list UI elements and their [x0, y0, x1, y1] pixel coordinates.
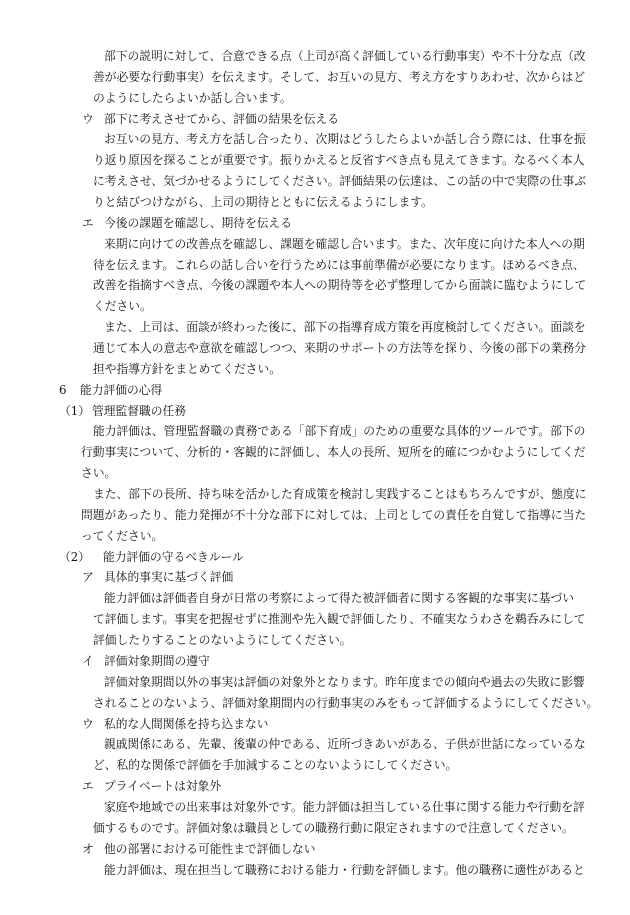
text-line: 担や指導方針をまとめてください。	[0, 359, 630, 380]
text-line: 待を伝えます。これらの話し合いを行うためには事前準備が必要になります。ほめるべき…	[0, 255, 630, 276]
paragraph-prev-item-tail: 部下の説明に対して、合意できる点（上司が高く評価している行動事実）や不十分な点（…	[0, 46, 630, 109]
rule-item-u: ウ 私的な人間関係を持ち込まない 親戚関係にある、先輩、後輩の仲である、近所づき…	[0, 714, 630, 777]
item-heading-text: 他の部署における可能性まで評価しない	[104, 839, 316, 860]
item-heading: イ 評価対象期間の遵守	[0, 651, 630, 672]
text-line: ってください。	[0, 526, 630, 547]
text-line: お互いの見方、考え方を話し合ったり、次期はどうしたらよいか話し合う際には、仕事を…	[0, 129, 630, 150]
text-line: また、部下の長所、持ち味を活かした育成策を検討し実践することはもちろんですが、態…	[0, 484, 630, 505]
subsection-label: （2）	[59, 547, 90, 568]
item-heading: ア 具体的事実に基づく評価	[0, 567, 630, 588]
item-label: ウ	[82, 714, 94, 735]
text-line: のようにしたらよいか話し合います。	[0, 88, 630, 109]
text-line: ください。	[0, 296, 630, 317]
item-heading: ウ 私的な人間関係を持ち込まない	[0, 714, 630, 735]
text-line: 家庭や地域での出来事は対象外です。能力評価は担当している仕事に関する能力や行動を…	[0, 797, 630, 818]
item-label: オ	[82, 839, 94, 860]
item-heading-text: 具体的事実に基づく評価	[104, 567, 233, 588]
subsection-title: 能力評価の守るべきルール	[103, 547, 244, 568]
rule-item-o: オ 他の部署における可能性まで評価しない 能力評価は、現在担当して職務における能…	[0, 839, 630, 881]
item-heading-text: プライベートは対象外	[104, 776, 221, 797]
subsection-2: （2） 能力評価の守るべきルール ア 具体的事実に基づく評価 能力評価は評価者自…	[0, 547, 630, 881]
text-line: 評価したりすることのないようにしてください。	[0, 630, 630, 651]
text-line: 通じて本人の意志や意欲を確認しつつ、来期のサポートの方法等を探り、今後の部下の業…	[0, 338, 630, 359]
text-line: て評価します。事実を把握せずに推測や先入観で評価したり、不確実なうわさを鵜呑みに…	[0, 609, 630, 630]
subsection-heading: （1） 管理監督職の任務	[0, 401, 630, 422]
text-line: されることのないよう、評価対象期間内の行動事実のみをもって評価するようにしてくだ…	[0, 693, 630, 714]
text-line: りと結びつけながら、上司の期待とともに伝えるようにします。	[0, 192, 630, 213]
section-title: 能力評価の心得	[80, 380, 162, 401]
text-line: さい。	[0, 463, 630, 484]
text-line: 親戚関係にある、先輩、後輩の仲である、近所づきあいがある、子供が世話になっている…	[0, 734, 630, 755]
item-label: イ	[82, 651, 94, 672]
paragraph: 来期に向けての改善点を確認し、課題を確認し合います。また、次年度に向けた本人への…	[0, 234, 630, 317]
item-label: エ	[82, 213, 94, 234]
text-line: 評価対象期間以外の事実は評価の対象外となります。昨年度までの傾向や過去の失敗に影…	[0, 672, 630, 693]
item-heading-text: 評価対象期間の遵守	[104, 651, 210, 672]
subsection-label: （1）	[59, 401, 90, 422]
paragraph: また、上司は、面談が終わった後に、部下の指導育成方策を再度検討してください。面談…	[0, 317, 630, 380]
rule-item-a: ア 具体的事実に基づく評価 能力評価は評価者自身が日常の考察によって得た被評価者…	[0, 567, 630, 650]
paragraph: また、部下の長所、持ち味を活かした育成策を検討し実践することはもちろんですが、態…	[0, 484, 630, 547]
item-u: ウ 部下に考えさせてから、評価の結果を伝える お互いの見方、考え方を話し合ったり…	[0, 109, 630, 213]
paragraph: 能力評価は、管理監督職の責務である「部下育成」のための重要な具体的ツールです。部…	[0, 421, 630, 484]
item-label: ア	[82, 567, 94, 588]
text-line: 価するものです。評価対象は職員としての職務行動に限定されますので注意してください…	[0, 818, 630, 839]
item-e: エ 今後の課題を確認し、期待を伝える 来期に向けての改善点を確認し、課題を確認し…	[0, 213, 630, 380]
text-line: 来期に向けての改善点を確認し、課題を確認し合います。また、次年度に向けた本人への…	[0, 234, 630, 255]
text-line: ど、私的な関係で評価を手加減することのないようにしてください。	[0, 755, 630, 776]
item-heading: オ 他の部署における可能性まで評価しない	[0, 839, 630, 860]
rule-item-i: イ 評価対象期間の遵守 評価対象期間以外の事実は評価の対象外となります。昨年度ま…	[0, 651, 630, 714]
section-number: 6	[59, 380, 66, 401]
item-heading: ウ 部下に考えさせてから、評価の結果を伝える	[0, 109, 630, 130]
subsection-title: 管理監督職の任務	[92, 401, 186, 422]
text-line: 善が必要な行動事実）を伝えます。そして、お互いの見方、考え方をすりあわせ、次から…	[0, 67, 630, 88]
subsection-heading: （2） 能力評価の守るべきルール	[0, 547, 630, 568]
item-heading-text: 部下に考えさせてから、評価の結果を伝える	[104, 109, 339, 130]
text-line: 問題があったり、能力発揮が不十分な部下に対しては、上司としての責任を自覚して指導…	[0, 505, 630, 526]
text-line: 部下の説明に対して、合意できる点（上司が高く評価している行動事実）や不十分な点（…	[0, 46, 630, 67]
text-line: に考えさせ、気づかせるようにしてください。評価結果の伝達は、この話の中で実際の仕…	[0, 171, 630, 192]
text-line: 能力評価は評価者自身が日常の考察によって得た被評価者に関する客観的な事実に基づい	[0, 588, 630, 609]
item-label: ウ	[82, 109, 94, 130]
item-heading: エ 今後の課題を確認し、期待を伝える	[0, 213, 630, 234]
text-line: 行動事実について、分析的・客観的に評価し、本人の長所、短所を的確につかむようにし…	[0, 442, 630, 463]
subsection-1: （1） 管理監督職の任務 能力評価は、管理監督職の責務である「部下育成」のための…	[0, 401, 630, 547]
rule-item-e: エ プライベートは対象外 家庭や地域での出来事は対象外です。能力評価は担当してい…	[0, 776, 630, 839]
text-line: 能力評価は、現在担当して職務における能力・行動を評価します。他の職務に適性がある…	[0, 860, 630, 881]
section-heading: 6 能力評価の心得	[0, 380, 630, 401]
document-page: 部下の説明に対して、合意できる点（上司が高く評価している行動事実）や不十分な点（…	[0, 0, 630, 915]
item-heading-text: 今後の課題を確認し、期待を伝える	[104, 213, 292, 234]
text-line: また、上司は、面談が終わった後に、部下の指導育成方策を再度検討してください。面談…	[0, 317, 630, 338]
item-heading: エ プライベートは対象外	[0, 776, 630, 797]
text-line: り返り原因を探ることが重要です。振りかえると反省すべき点も見えてきます。なるべく…	[0, 150, 630, 171]
text-line: 能力評価は、管理監督職の責務である「部下育成」のための重要な具体的ツールです。部…	[0, 421, 630, 442]
text-line: 改善を指摘すべき点、今後の課題や本人への期待等を必ず整理してから面談に臨むように…	[0, 275, 630, 296]
item-label: エ	[82, 776, 94, 797]
item-heading-text: 私的な人間関係を持ち込まない	[104, 714, 269, 735]
